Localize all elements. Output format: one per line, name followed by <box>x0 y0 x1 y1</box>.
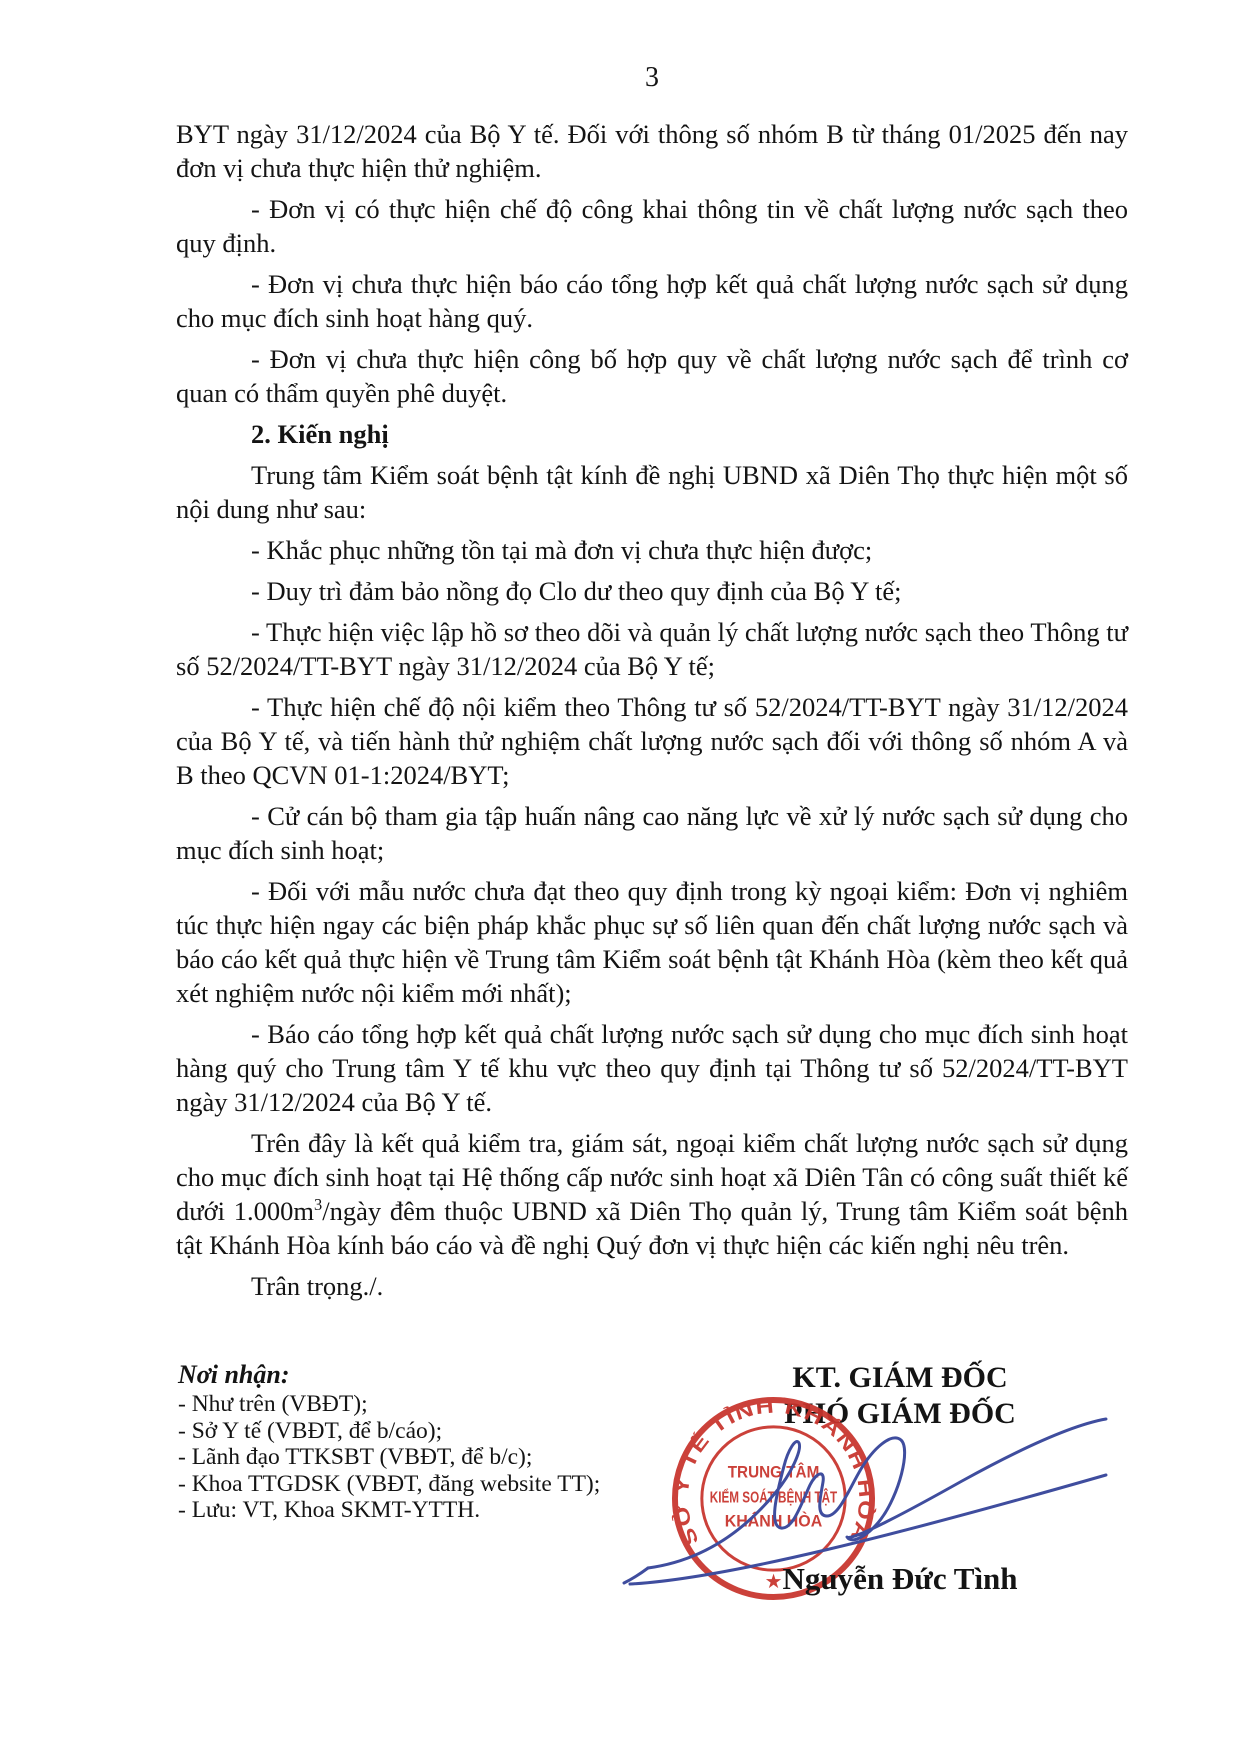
paragraph: - Cử cán bộ tham gia tập huấn nâng cao n… <box>176 799 1128 867</box>
recipient-item: - Lãnh đạo TTKSBT (VBĐT, để b/c); <box>178 1444 600 1471</box>
recipient-item: - Như trên (VBĐT); <box>178 1391 600 1418</box>
document-page: 3 BYT ngày 31/12/2024 của Bộ Y tế. Đối v… <box>0 0 1241 1755</box>
closing-salutation: Trân trọng./. <box>176 1269 1128 1303</box>
paragraph: - Đối với mẫu nước chưa đạt theo quy địn… <box>176 874 1128 1010</box>
paragraph-with-superscript: Trên đây là kết quả kiểm tra, giám sát, … <box>176 1126 1128 1262</box>
signer-title-acting: KT. GIÁM ĐỐC <box>680 1360 1120 1396</box>
document-body: BYT ngày 31/12/2024 của Bộ Y tế. Đối với… <box>176 117 1128 1310</box>
paragraph: - Duy trì đảm bảo nồng đọ Clo dư theo qu… <box>176 574 1128 608</box>
paragraph: Trung tâm Kiểm soát bệnh tật kính đề ngh… <box>176 458 1128 526</box>
paragraph: BYT ngày 31/12/2024 của Bộ Y tế. Đối với… <box>176 117 1128 185</box>
paragraph: - Khắc phục những tồn tại mà đơn vị chưa… <box>176 533 1128 567</box>
paragraph: - Đơn vị có thực hiện chế độ công khai t… <box>176 192 1128 260</box>
page-number: 3 <box>176 62 1128 94</box>
recipient-item: - Sở Y tế (VBĐT, để b/cáo); <box>178 1418 600 1445</box>
paragraph: - Báo cáo tổng hợp kết quả chất lượng nư… <box>176 1017 1128 1119</box>
paragraph: - Đơn vị chưa thực hiện công bố hợp quy … <box>176 342 1128 410</box>
signer-name: Nguyễn Đức Tình <box>680 1561 1120 1597</box>
recipients-list: - Như trên (VBĐT); - Sở Y tế (VBĐT, để b… <box>178 1391 600 1524</box>
recipient-item: - Lưu: VT, Khoa SKMT-YTTH. <box>178 1497 600 1524</box>
recipients-label: Nơi nhận: <box>178 1360 290 1390</box>
paragraph: - Thực hiện chế độ nội kiểm theo Thông t… <box>176 690 1128 792</box>
paragraph: - Đơn vị chưa thực hiện báo cáo tổng hợp… <box>176 267 1128 335</box>
recipient-item: - Khoa TTGDSK (VBĐT, đăng website TT); <box>178 1471 600 1498</box>
paragraph: - Thực hiện việc lập hồ sơ theo dõi và q… <box>176 615 1128 683</box>
signature-stroke-tail <box>624 1568 648 1583</box>
superscript-3: 3 <box>314 1195 322 1214</box>
section-heading: 2. Kiến nghị <box>176 417 1128 451</box>
